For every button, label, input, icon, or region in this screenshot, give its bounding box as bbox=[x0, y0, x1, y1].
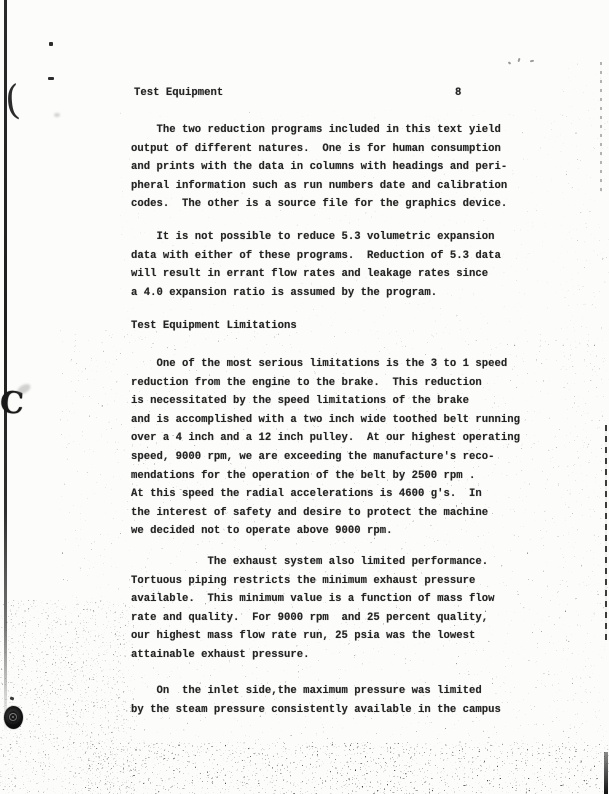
text-line: data with either of these programs. Redu… bbox=[131, 247, 501, 266]
text-line: over a 4 inch and a 12 inch pulley. At o… bbox=[131, 429, 520, 448]
text-line: and is accomplished with a two inch wide… bbox=[131, 411, 520, 430]
text-line: is necessitated by the speed limitations… bbox=[131, 392, 520, 411]
smudge-mark bbox=[54, 113, 60, 117]
text-line: mendations for the operation of the belt… bbox=[131, 467, 520, 486]
text-line: The two reduction programs included in t… bbox=[131, 121, 507, 140]
text-line: will result in errant flow rates and lea… bbox=[131, 265, 501, 284]
pen-jot bbox=[530, 60, 534, 63]
pen-jot bbox=[517, 58, 520, 62]
text-line: our highest mass flow rate run, 25 psia … bbox=[131, 627, 495, 646]
scan-edge-right-bottom bbox=[604, 752, 608, 794]
text-line: codes. The other is a source file for th… bbox=[131, 195, 507, 214]
text-line: attainable exhaust pressure. bbox=[131, 646, 495, 665]
section-heading: Test Equipment Limitations bbox=[131, 317, 297, 336]
text-line: At this speed the radial accelerations i… bbox=[131, 485, 520, 504]
text-line: reduction from the engine to the brake. … bbox=[131, 374, 520, 393]
text-line: pheral information such as run numbers d… bbox=[131, 177, 507, 196]
pen-jot bbox=[508, 61, 512, 64]
paragraph-volumetric-expansion: It is not possible to reduce 5.3 volumet… bbox=[131, 228, 501, 302]
text-line: On the inlet side,the maximum pressure w… bbox=[131, 682, 501, 701]
running-header: Test Equipment bbox=[134, 84, 223, 103]
text-line: rate and quality. For 9000 rpm and 25 pe… bbox=[131, 609, 495, 628]
text-line: by the steam pressure consistently avail… bbox=[131, 701, 501, 720]
text-line: It is not possible to reduce 5.3 volumet… bbox=[131, 228, 501, 247]
text-line: we decided not to operate above 9000 rpm… bbox=[131, 522, 520, 541]
text-line: and prints with the data in columns with… bbox=[131, 158, 507, 177]
text-line: the interest of safety and desire to pro… bbox=[131, 504, 520, 523]
text-line: output of different natures. One is for … bbox=[131, 140, 507, 159]
page-header: Test Equipment 8 bbox=[0, 84, 609, 103]
text-line: a 4.0 expansion ratio is assumed by the … bbox=[131, 284, 501, 303]
text-line: speed, 9000 rpm, we are exceeding the ma… bbox=[131, 448, 520, 467]
paragraph-speed-reduction: One of the most serious limitations is t… bbox=[131, 355, 520, 541]
ink-speck bbox=[10, 696, 15, 700]
scan-edge-right-mid bbox=[605, 425, 607, 640]
page-number: 8 bbox=[455, 84, 461, 103]
paragraph-exhaust-system: The exhaust system also limited performa… bbox=[131, 553, 495, 665]
hole-punch-stamp bbox=[4, 706, 23, 729]
ink-dot bbox=[49, 42, 53, 46]
text-line: The exhaust system also limited performa… bbox=[131, 553, 495, 572]
scan-edge-right-top bbox=[600, 62, 602, 192]
paragraph-inlet-side: On the inlet side,the maximum pressure w… bbox=[131, 682, 501, 719]
text-line: One of the most serious limitations is t… bbox=[131, 355, 520, 374]
text-line: Tortuous piping restricts the minimum ex… bbox=[131, 572, 495, 591]
hole-punch-stamp-center bbox=[8, 711, 18, 723]
ink-dash bbox=[48, 77, 54, 80]
scanned-document-page: ( C Test Equipment 8 The two reduction p… bbox=[0, 0, 609, 794]
paragraph-reduction-programs: The two reduction programs included in t… bbox=[131, 121, 507, 214]
text-line: available. This minimum value is a funct… bbox=[131, 590, 495, 609]
